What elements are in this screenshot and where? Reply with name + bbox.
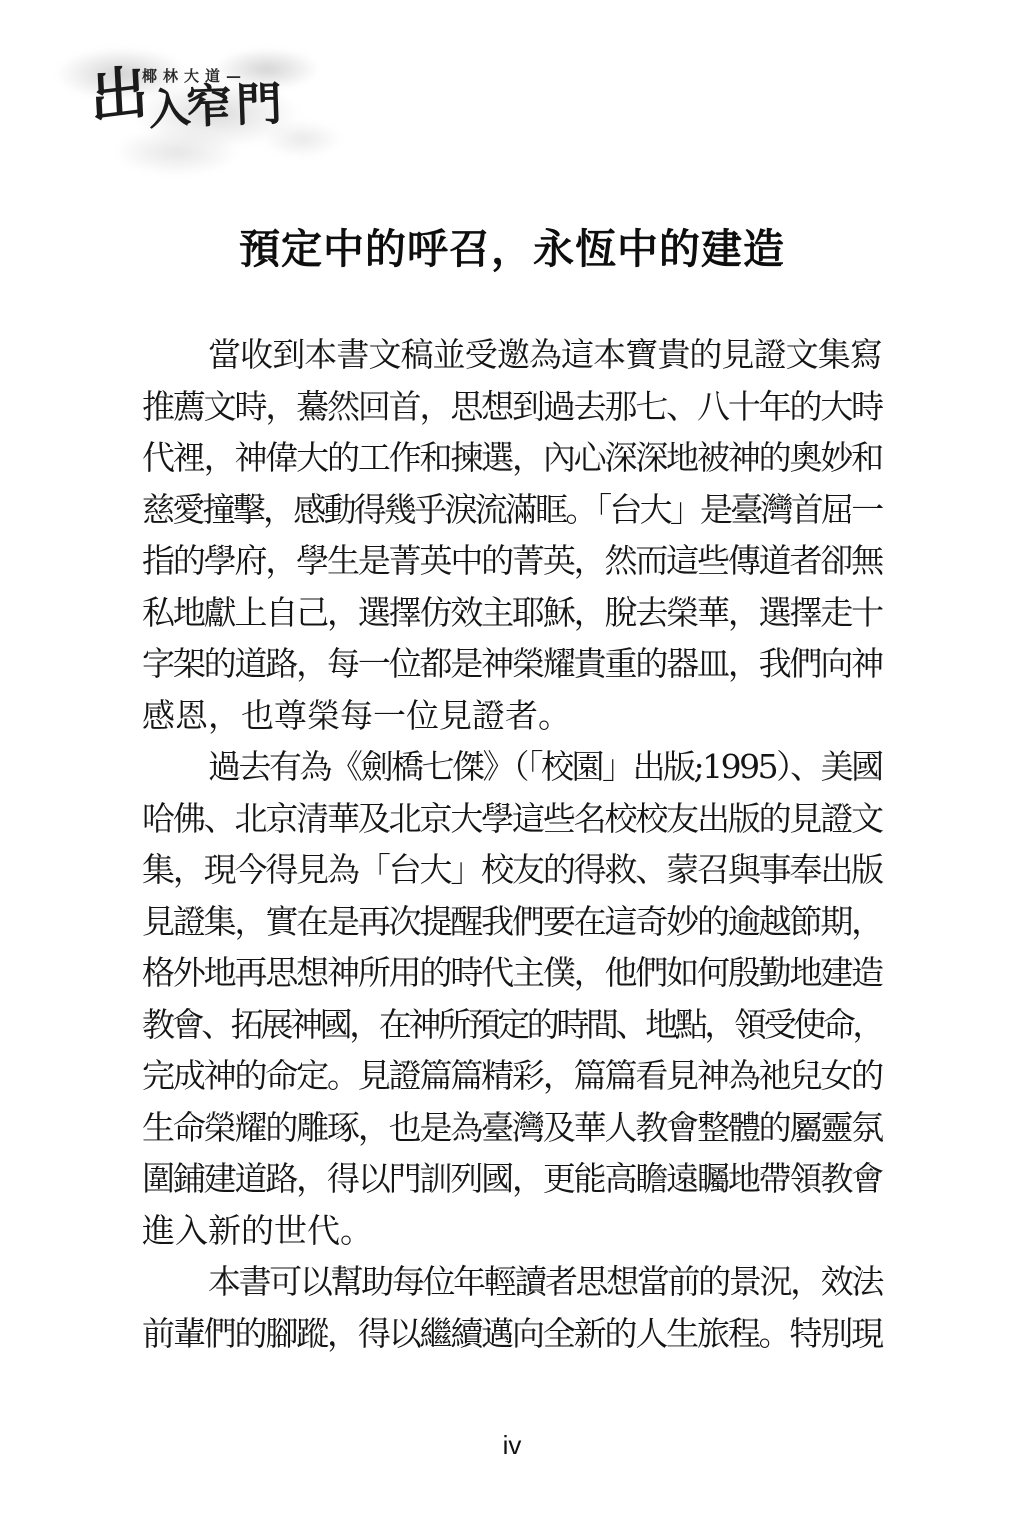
body-line: 哈佛、北京清華及北京大學這些名校校友出版的見證文 bbox=[142, 793, 882, 845]
page-number: iv bbox=[0, 1430, 1024, 1461]
body-line: 見證集，實在是再次提醒我們要在這奇妙的逾越節期， bbox=[142, 896, 882, 948]
body-line: 本書可以幫助每位年輕讀者思想當前的景況，效法 bbox=[142, 1256, 882, 1308]
book-page: 出 椰林大道— 入 窄門 預定中的呼召，永恆中的建造 當收到本書文稿並受邀為這本… bbox=[0, 0, 1024, 1530]
body-line: 前輩們的腳蹤，得以繼續邁向全新的人生旅程。特別現 bbox=[142, 1308, 882, 1360]
body-line: 格外地再思想神所用的時代主僕，他們如何殷勤地建造 bbox=[142, 947, 882, 999]
body-line: 推薦文時，驀然回首，思想到過去那七、八十年的大時 bbox=[142, 381, 882, 433]
logo-calligraphy-char-chu: 出 bbox=[89, 62, 150, 127]
book-logo: 出 椰林大道— 入 窄門 bbox=[62, 34, 332, 179]
body-line: 字架的道路，每一位都是神榮耀貴重的器皿，我們向神 bbox=[142, 638, 882, 690]
page-title: 預定中的呼召，永恆中的建造 bbox=[0, 216, 1024, 275]
body-line: 感恩，也尊榮每一位見證者。 bbox=[142, 690, 882, 742]
body-line: 過去有為《劍橋七傑》（「校園」出版;1995）、美國 bbox=[142, 741, 882, 793]
body-line: 生命榮耀的雕琢，也是為臺灣及華人教會整體的屬靈氛 bbox=[142, 1102, 882, 1154]
body-line: 當收到本書文稿並受邀為這本寶貴的見證文集寫 bbox=[142, 329, 882, 381]
body-line: 完成神的命定。見證篇篇精彩，篇篇看見神為祂兒女的 bbox=[142, 1050, 882, 1102]
body-line: 進入新的世代。 bbox=[142, 1205, 882, 1257]
body-line: 集，現今得見為「台大」校友的得救、蒙召與事奉出版 bbox=[142, 844, 882, 896]
body-line: 教會、拓展神國，在神所預定的時間、地點，領受使命， bbox=[142, 999, 882, 1051]
logo-calligraphy-chars-zhaimen: 窄門 bbox=[185, 80, 287, 129]
body-line: 代裡，神偉大的工作和揀選，內心深深地被神的奧妙和 bbox=[142, 432, 882, 484]
body-line: 私地獻上自己，選擇仿效主耶穌，脫去榮華，選擇走十 bbox=[142, 587, 882, 639]
body-line: 指的學府，學生是菁英中的菁英，然而這些傳道者卻無 bbox=[142, 535, 882, 587]
body-line: 慈愛撞擊，感動得幾乎淚流滿眶。「台大」是臺灣首屈一 bbox=[142, 484, 882, 536]
body-text-column: 當收到本書文稿並受邀為這本寶貴的見證文集寫推薦文時，驀然回首，思想到過去那七、八… bbox=[142, 329, 882, 1359]
body-line: 圍鋪建道路，得以門訓列國，更能高瞻遠矚地帶領教會 bbox=[142, 1153, 882, 1205]
